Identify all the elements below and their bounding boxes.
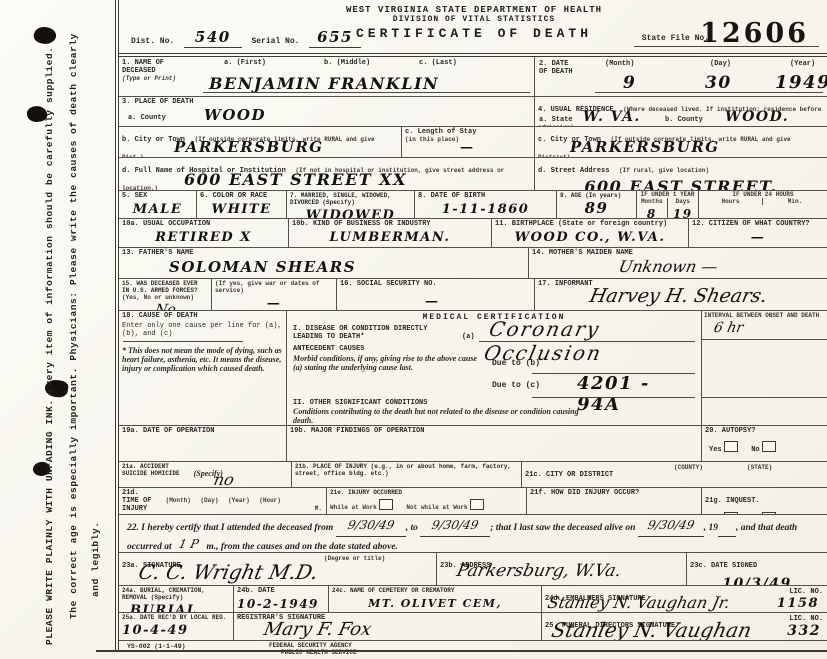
embalmer-lic-no: 1158	[777, 596, 819, 611]
field-sex: 5. SEX MALE	[119, 191, 197, 218]
months-label: Months	[637, 198, 667, 205]
injury-year-label: (Year)	[228, 497, 250, 504]
field-citizen-of: 12. CITIZEN OF WHAT COUNTRY? —	[689, 219, 827, 247]
interval-value: 6 hr	[712, 320, 744, 336]
due-to-b-label: Due to (b)	[492, 359, 540, 368]
form-footer: YS-002 (1-1-49) FEDERAL SECURITY AGENCY …	[119, 641, 827, 650]
disease-label: I. DISEASE OR CONDITION DIRECTLY LEADING…	[293, 325, 443, 341]
age-months-value: 8	[647, 207, 657, 218]
field-length-of-stay: c. Length of Stay (in this place) —	[402, 127, 535, 157]
field-residence-city: c. City or Town (If outside corporate li…	[535, 127, 827, 157]
physician-address-value: Parkersburg, W.Va.	[455, 561, 623, 581]
certify-alive-date: 9/30/49	[646, 518, 695, 532]
form-number: YS-002 (1-1-49)	[127, 643, 186, 650]
city-district-label: 21c. CITY OR DISTRICT	[525, 471, 613, 479]
field-cause-of-death-notes: 18. CAUSE OF DEATH Enter only one cause …	[119, 311, 287, 425]
residence-state-value: W. VA.	[583, 109, 641, 125]
certify-part1: I hereby certify that I attended the dec…	[141, 523, 333, 533]
autopsy-yes-label: Yes	[709, 446, 722, 454]
field-accident-suicide-homicide: 21a. ACCIDENT SUICIDE HOMICIDE (Specify)…	[119, 462, 292, 487]
age-days-value: 19	[673, 207, 693, 218]
marital-label: 7. MARRIED, SINGLE, WIDOWED, DIVORCED (S…	[290, 192, 411, 206]
field-inquest: 21g. INQUEST. Yes No	[702, 488, 827, 514]
ssn-label: 16. SOCIAL SECURITY NO.	[340, 280, 531, 288]
occupation-label: 10a. USUAL OCCUPATION	[122, 220, 285, 228]
place-of-death-label: 3. PLACE OF DEATH	[122, 98, 531, 106]
field-birthplace: 11. BIRTHPLACE (State or foreign country…	[492, 219, 689, 247]
if-yes-value: —	[267, 296, 282, 310]
sex-label: 5. SEX	[122, 192, 193, 200]
county-label: a. County	[128, 114, 166, 122]
cause-note-1: Enter only one cause per line for (a), (…	[122, 322, 283, 338]
burial-date-label: 24b. DATE	[237, 587, 325, 595]
other-conditions-label: II. OTHER SIGNIFICANT CONDITIONS	[293, 399, 427, 407]
field-color-or-race: 6. COLOR OR RACE WHITE	[197, 191, 287, 218]
registrar-signature-value: Mary F. Fox	[262, 619, 374, 640]
cemetery-label: 24c. NAME OF CEMETERY OR CREMATORY	[332, 587, 538, 594]
name-last-label: c. (Last)	[419, 59, 457, 67]
cemetery-value: MT. OLIVET CEM, PARKERSBURG	[368, 597, 502, 612]
race-value: WHITE	[211, 202, 271, 217]
time-of-injury-label: 21d. TIME OF INJURY	[122, 489, 156, 513]
serial-no-label: Serial No.	[251, 37, 299, 46]
burial-value: BURIAL	[130, 603, 197, 612]
death-year-value: 1949	[775, 72, 827, 93]
citizen-label: 12. CITIZEN OF WHAT COUNTRY?	[692, 220, 824, 228]
certify-part4: , 19	[704, 523, 718, 533]
field-time-of-injury: 21d. TIME OF INJURY (Month) (Day) (Year)…	[119, 488, 327, 514]
embalmer-lic-label: LIC. NO.	[789, 588, 823, 596]
certificate-header: Dist. No. 540 Serial No. 655 WEST VIRGIN…	[119, 0, 827, 57]
date-received-value: 10-4-49	[122, 623, 189, 638]
inquest-yes-checkbox	[724, 512, 738, 514]
funeral-director-signature-value: Stanley N. Vaughan	[549, 618, 753, 640]
death-month-value: 9	[623, 73, 636, 93]
other-conditions-note: Conditions contributing to the death but…	[293, 407, 593, 425]
field-age-under-1-year: IF UNDER 1 YEAR Months 8 Days 19	[637, 191, 699, 218]
accident-value: no	[212, 470, 236, 487]
medical-certification-block: 18. CAUSE OF DEATH Enter only one cause …	[119, 311, 827, 426]
margin-note-3: and legibly.	[90, 521, 101, 597]
race-label: 6. COLOR OR RACE	[200, 192, 283, 200]
field-physician-address: 23b. ADDRESS Parkersburg, W.Va.	[437, 553, 687, 585]
name-middle-label: b. (Middle)	[324, 59, 370, 67]
operation-date-label: 19a. DATE OF OPERATION	[122, 427, 283, 435]
state-file-number: 12606	[700, 18, 809, 49]
birthplace-label: 11. BIRTHPLACE (State or foreign country…	[495, 220, 685, 228]
antecedent-note: Morbid conditions, if any, giving rise t…	[293, 354, 483, 372]
residence-county-value: WOOD.	[725, 109, 789, 125]
certify-from-date: 9/30/49	[346, 518, 395, 532]
field-armed-forces: 15. WAS DECEASED EVER IN U.S. ARMED FORC…	[119, 279, 212, 310]
field-burial-cremation-removal: 24a. BURIAL, CREMATION, REMOVAL (Specify…	[119, 586, 234, 612]
certify-part2: , to	[406, 523, 418, 533]
inquest-no-checkbox	[762, 512, 776, 514]
certificate-title: CERTIFICATE OF DEATH	[324, 26, 624, 41]
injury-meridiem-label: M.	[315, 505, 322, 512]
medical-certification-main: MEDICAL CERTIFICATION I. DISEASE OR COND…	[287, 311, 702, 425]
name-label: 1. NAME OF DECEASED	[122, 59, 196, 75]
accident-label: 21a. ACCIDENT SUICIDE HOMICIDE	[122, 463, 184, 477]
field-funeral-director-signature: 25. FUNERAL DIRECTORS SIGNATURE LIC. NO.…	[542, 613, 827, 640]
sex-value: MALE	[133, 202, 183, 217]
while-at-work-label: While at Work	[330, 504, 377, 511]
field-usual-occupation: 10a. USUAL OCCUPATION RETIRED X	[119, 219, 289, 247]
armed-forces-sublabel: (Yes, No or unknown)	[122, 294, 208, 301]
physician-signature-value: C. C. Wright M.D.	[136, 560, 320, 584]
if-yes-label: (If yes, give war or dates of service)	[215, 280, 333, 294]
not-while-at-work-checkbox	[470, 499, 484, 510]
field-armed-forces-ifyes: (If yes, give war or dates of service) —	[212, 279, 337, 310]
field-name-of-deceased: 1. NAME OF DECEASED (Type or Print) a. (…	[119, 57, 535, 96]
injury-day-label: (Day)	[200, 497, 218, 504]
operation-findings-label: 19b. MAJOR FINDINGS OF OPERATION	[290, 427, 698, 435]
field-burial-date: 24b. DATE 10-2-1949	[234, 586, 329, 612]
autopsy-label: 20. AUTOPSY?	[705, 427, 824, 435]
mother-value: Unknown —	[617, 257, 720, 276]
autopsy-yes-checkbox	[724, 441, 738, 452]
field-place-of-injury: 21b. PLACE OF INJURY (e.g., in or about …	[292, 462, 522, 487]
field-fathers-name: 13. FATHER'S NAME SOLOMAN SHEARS	[119, 248, 529, 278]
field-injury-occurred: 21e. INJURY OCCURRED While at Work Not w…	[327, 488, 527, 514]
place-of-injury-label: 21b. PLACE OF INJURY (e.g., in or about …	[295, 463, 518, 477]
dob-label: 8. DATE OF BIRTH	[418, 192, 553, 200]
certify-part3: ; that I last saw the deceased alive on	[490, 523, 635, 533]
field-registrar-signature: REGISTRAR'S SIGNATURE Mary F. Fox	[234, 613, 542, 640]
autopsy-no-checkbox	[762, 441, 776, 452]
ink-blob	[32, 25, 57, 47]
certify-to-date: 9/30/49	[431, 518, 480, 532]
certify-no: 22.	[127, 523, 139, 533]
certificate-form: Dist. No. 540 Serial No. 655 WEST VIRGIN…	[115, 0, 827, 650]
informant-value: Harvey H. Shears.	[588, 285, 770, 307]
field-residence-street: d. Street Address (If rural, give locati…	[535, 158, 827, 190]
injury-occurred-label: 21e. INJURY OCCURRED	[330, 489, 523, 496]
date-received-label: 25a. DATE REC'D BY LOCAL REG.	[122, 614, 230, 621]
father-value: SOLOMAN SHEARS	[169, 258, 356, 276]
residence-county-label: b. County	[665, 116, 703, 124]
field-social-security-no: 16. SOCIAL SECURITY NO. —	[337, 279, 535, 310]
margin-note-2: The correct age is especially important.…	[68, 33, 79, 619]
certification-statement: 22. I hereby certify that I attended the…	[119, 515, 827, 552]
marital-value: WIDOWED	[306, 208, 396, 218]
embalmer-signature-value: Stanley N. Vaughan Jr.	[546, 593, 732, 612]
business-label: 10b. KIND OF BUSINESS OR INDUSTRY	[292, 220, 488, 228]
days-label: Days	[668, 198, 699, 205]
mother-label: 14. MOTHER'S MAIDEN NAME	[532, 249, 824, 257]
interval-label: INTERVAL BETWEEN ONSET AND DEATH	[704, 312, 825, 319]
occupation-value: RETIRED X	[155, 230, 252, 245]
margin-note-1: PLEASE WRITE PLAINLY WITH UNFADING INK. …	[44, 46, 55, 645]
field-date-of-birth: 8. DATE OF BIRTH 1-11-1860	[415, 191, 557, 218]
burial-label: 24a. BURIAL, CREMATION, REMOVAL (Specify…	[122, 587, 230, 601]
field-place-city: b. City or Town (If outside corporate li…	[119, 127, 402, 157]
death-day-value: 30	[705, 73, 732, 93]
while-at-work-checkbox	[379, 499, 393, 510]
year-label: (Year)	[790, 60, 815, 68]
stay-value: —	[460, 140, 475, 155]
due-to-c-label: Due to (c)	[492, 381, 540, 390]
county-paren-label: (COUNTY)	[674, 464, 703, 471]
stay-label: c. Length of Stay	[405, 128, 531, 136]
field-cemetery-name: 24c. NAME OF CEMETERY OR CREMATORY MT. O…	[329, 586, 542, 612]
dist-no-value: 540	[195, 28, 231, 46]
degree-or-title-label: (Degree or title)	[324, 555, 385, 562]
field-embalmer-signature: 24d. EMBALMERS SIGNATURE LIC. NO. Stanle…	[542, 586, 827, 612]
field-kind-of-business: 10b. KIND OF BUSINESS OR INDUSTRY LUMBER…	[289, 219, 492, 247]
field-institution: d. Full Name of Hospital or Institution …	[119, 158, 535, 190]
cause-note-2: * This does not mean the mode of dying, …	[122, 346, 283, 373]
field-place-of-death-county: 3. PLACE OF DEATH a. County WOOD	[119, 97, 535, 126]
field-usual-residence: 4. USUAL RESIDENCE (Where deceased lived…	[535, 97, 827, 126]
field-major-findings: 19b. MAJOR FINDINGS OF OPERATION	[287, 426, 702, 461]
residence-state-label: a. State	[539, 116, 573, 124]
certify-hour-value: 1 P	[178, 537, 201, 551]
street-value: 600 EAST STREET.	[584, 177, 777, 190]
hours-label: Hours	[699, 198, 762, 205]
name-first-label: a. (First)	[224, 59, 266, 67]
field-marital-status: 7. MARRIED, SINGLE, WIDOWED, DIVORCED (S…	[287, 191, 415, 218]
burial-date-value: 10-2-1949	[237, 597, 319, 611]
field-informant: 17. INFORMANT Harvey H. Shears.	[535, 279, 827, 310]
ssn-value: —	[425, 294, 446, 309]
date-signed-value: 10/3/49	[722, 576, 791, 585]
month-label: (Month)	[605, 60, 634, 68]
field-date-of-operation: 19a. DATE OF OPERATION	[119, 426, 287, 461]
street-label: d. Street Address	[538, 167, 609, 175]
funeral-director-lic-label: LIC. NO.	[789, 615, 823, 623]
state-file-label: State File No.	[642, 34, 709, 43]
bottom-rule	[96, 650, 827, 652]
agency-name: FEDERAL SECURITY AGENCY	[269, 642, 357, 649]
age-label: 9. AGE (In years)	[560, 192, 633, 199]
place-city-value: PARKERSBURG	[174, 138, 324, 156]
injury-hour-label: (Hour)	[259, 497, 281, 504]
due-to-c-value: 4201 - 94A	[577, 373, 701, 415]
field-date-signed: 23c. DATE SIGNED 10/3/49	[687, 553, 827, 585]
injury-month-label: (Month)	[166, 497, 191, 504]
birthplace-value: WOOD CO., W.VA.	[515, 230, 666, 245]
date-signed-label: 23c. DATE SIGNED	[690, 562, 757, 570]
field-mothers-maiden-name: 14. MOTHER'S MAIDEN NAME Unknown —	[529, 248, 827, 278]
residence-city-value: PARKERSBURG	[570, 138, 720, 156]
name-sublabel: (Type or Print)	[122, 75, 196, 82]
how-injury-label: 21f. HOW DID INJURY OCCUR?	[530, 489, 698, 497]
funeral-director-lic-no: 332	[787, 623, 821, 639]
dist-no-label: Dist. No.	[131, 37, 174, 46]
death-certificate-scan: PLEASE WRITE PLAINLY WITH UNFADING INK. …	[0, 0, 827, 659]
inquest-label: 21g. INQUEST.	[705, 497, 760, 505]
division-name: DIVISION OF VITAL STATISTICS	[324, 15, 624, 24]
father-label: 13. FATHER'S NAME	[122, 249, 525, 257]
field-physician-signature: 23a. SIGNATURE (Degree or title) C. C. W…	[119, 553, 437, 585]
certify-part6: m., from the causes and on the date stat…	[206, 542, 398, 552]
under24-label: IF UNDER 24 HOURS	[699, 191, 827, 198]
department-name: WEST VIRGINIA STATE DEPARTMENT OF HEALTH	[324, 5, 624, 15]
min-label: Min.	[763, 198, 827, 205]
place-county-value: WOOD	[204, 106, 266, 124]
field-autopsy: 20. AUTOPSY? Yes No	[702, 426, 827, 461]
cause-a-label: (a)	[462, 333, 475, 341]
cause-of-death-label: 18. CAUSE OF DEATH	[122, 312, 283, 320]
field-date-received: 25a. DATE REC'D BY LOCAL REG. 10-4-49	[119, 613, 234, 640]
field-interval-onset-death: INTERVAL BETWEEN ONSET AND DEATH 6 hr	[702, 311, 827, 425]
institution-value: 600 EAST STREET XX	[184, 170, 407, 189]
citizen-value: —	[751, 230, 766, 245]
date-of-death-label: 2. DATE OF DEATH	[539, 60, 579, 76]
autopsy-no-label: No	[751, 446, 759, 454]
state-paren-label: (STATE)	[747, 464, 772, 471]
dob-value: 1-11-1860	[442, 202, 530, 217]
antecedent-label: ANTECEDENT CAUSES	[293, 345, 364, 353]
field-how-did-injury-occur: 21f. HOW DID INJURY OCCUR?	[527, 488, 702, 514]
armed-forces-label: 15. WAS DECEASED EVER IN U.S. ARMED FORC…	[122, 280, 208, 294]
age-years-value: 89	[585, 199, 609, 217]
field-age-years: 9. AGE (In years) 89	[557, 191, 637, 218]
field-city-or-district: 21c. CITY OR DISTRICT (COUNTY) (STATE)	[522, 462, 827, 487]
field-date-of-death: 2. DATE OF DEATH (Month) (Day) (Year) 9 …	[535, 57, 827, 96]
day-label: (Day)	[710, 60, 731, 68]
not-while-at-work-label: Not while at Work	[406, 504, 467, 511]
street-sublabel: (If rural, give location)	[619, 167, 709, 174]
armed-forces-value: No	[153, 302, 177, 310]
under1-label: IF UNDER 1 YEAR	[637, 191, 698, 198]
business-value: LUMBERMAN.	[330, 230, 451, 245]
field-age-under-24-hours: IF UNDER 24 HOURS Hours Min.	[699, 191, 827, 218]
